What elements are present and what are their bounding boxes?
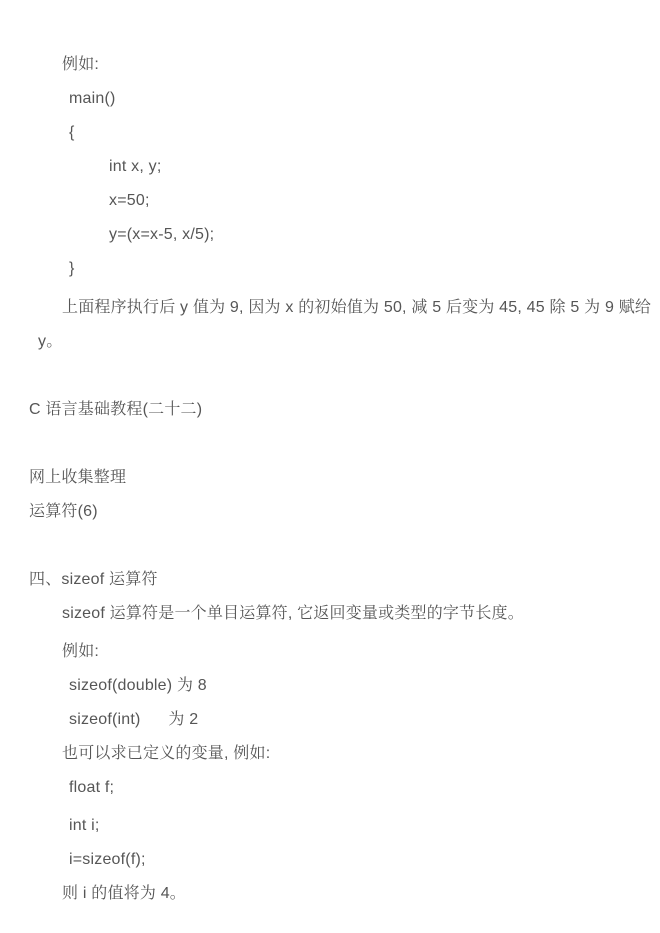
document-page: 例如: main() { int x, y; x=50; y=(x=x-5, x… bbox=[0, 0, 660, 933]
source-note-line: 网上收集整理 bbox=[0, 461, 660, 495]
code-line-comma-expr: y=(x=x-5, x/5); bbox=[0, 218, 660, 252]
sizeof-double-line: sizeof(double) 为 8 bbox=[0, 669, 660, 703]
section-heading-line: 四、sizeof 运算符 bbox=[0, 563, 660, 597]
explanation-wrap-line: y。 bbox=[0, 325, 660, 359]
code-line-int: int i; bbox=[0, 809, 660, 843]
variable-note-line: 也可以求已定义的变量, 例如: bbox=[0, 737, 660, 771]
explanation-line: 上面程序执行后 y 值为 9, 因为 x 的初始值为 50, 减 5 后变为 4… bbox=[0, 291, 660, 325]
code-line-declaration: int x, y; bbox=[0, 150, 660, 184]
result-line: 则 i 的值将为 4。 bbox=[0, 877, 660, 911]
code-line-close-brace: } bbox=[0, 252, 660, 286]
example-label-line: 例如: bbox=[0, 48, 660, 82]
sizeof-description-line: sizeof 运算符是一个单目运算符, 它返回变量或类型的字节长度。 bbox=[0, 597, 660, 631]
blank-line bbox=[0, 359, 660, 393]
code-line-assignment: x=50; bbox=[0, 184, 660, 218]
code-line-float: float f; bbox=[0, 771, 660, 805]
code-line-sizeof-f: i=sizeof(f); bbox=[0, 843, 660, 877]
blank-line bbox=[0, 427, 660, 461]
blank-line bbox=[0, 529, 660, 563]
sizeof-int-line: sizeof(int) 为 2 bbox=[0, 703, 660, 737]
topic-line: 运算符(6) bbox=[0, 495, 660, 529]
example-label-line: 例如: bbox=[0, 635, 660, 669]
code-line-main: main() bbox=[0, 82, 660, 116]
chapter-title-line: C 语言基础教程(二十二) bbox=[0, 393, 660, 427]
code-line-open-brace: { bbox=[0, 116, 660, 150]
